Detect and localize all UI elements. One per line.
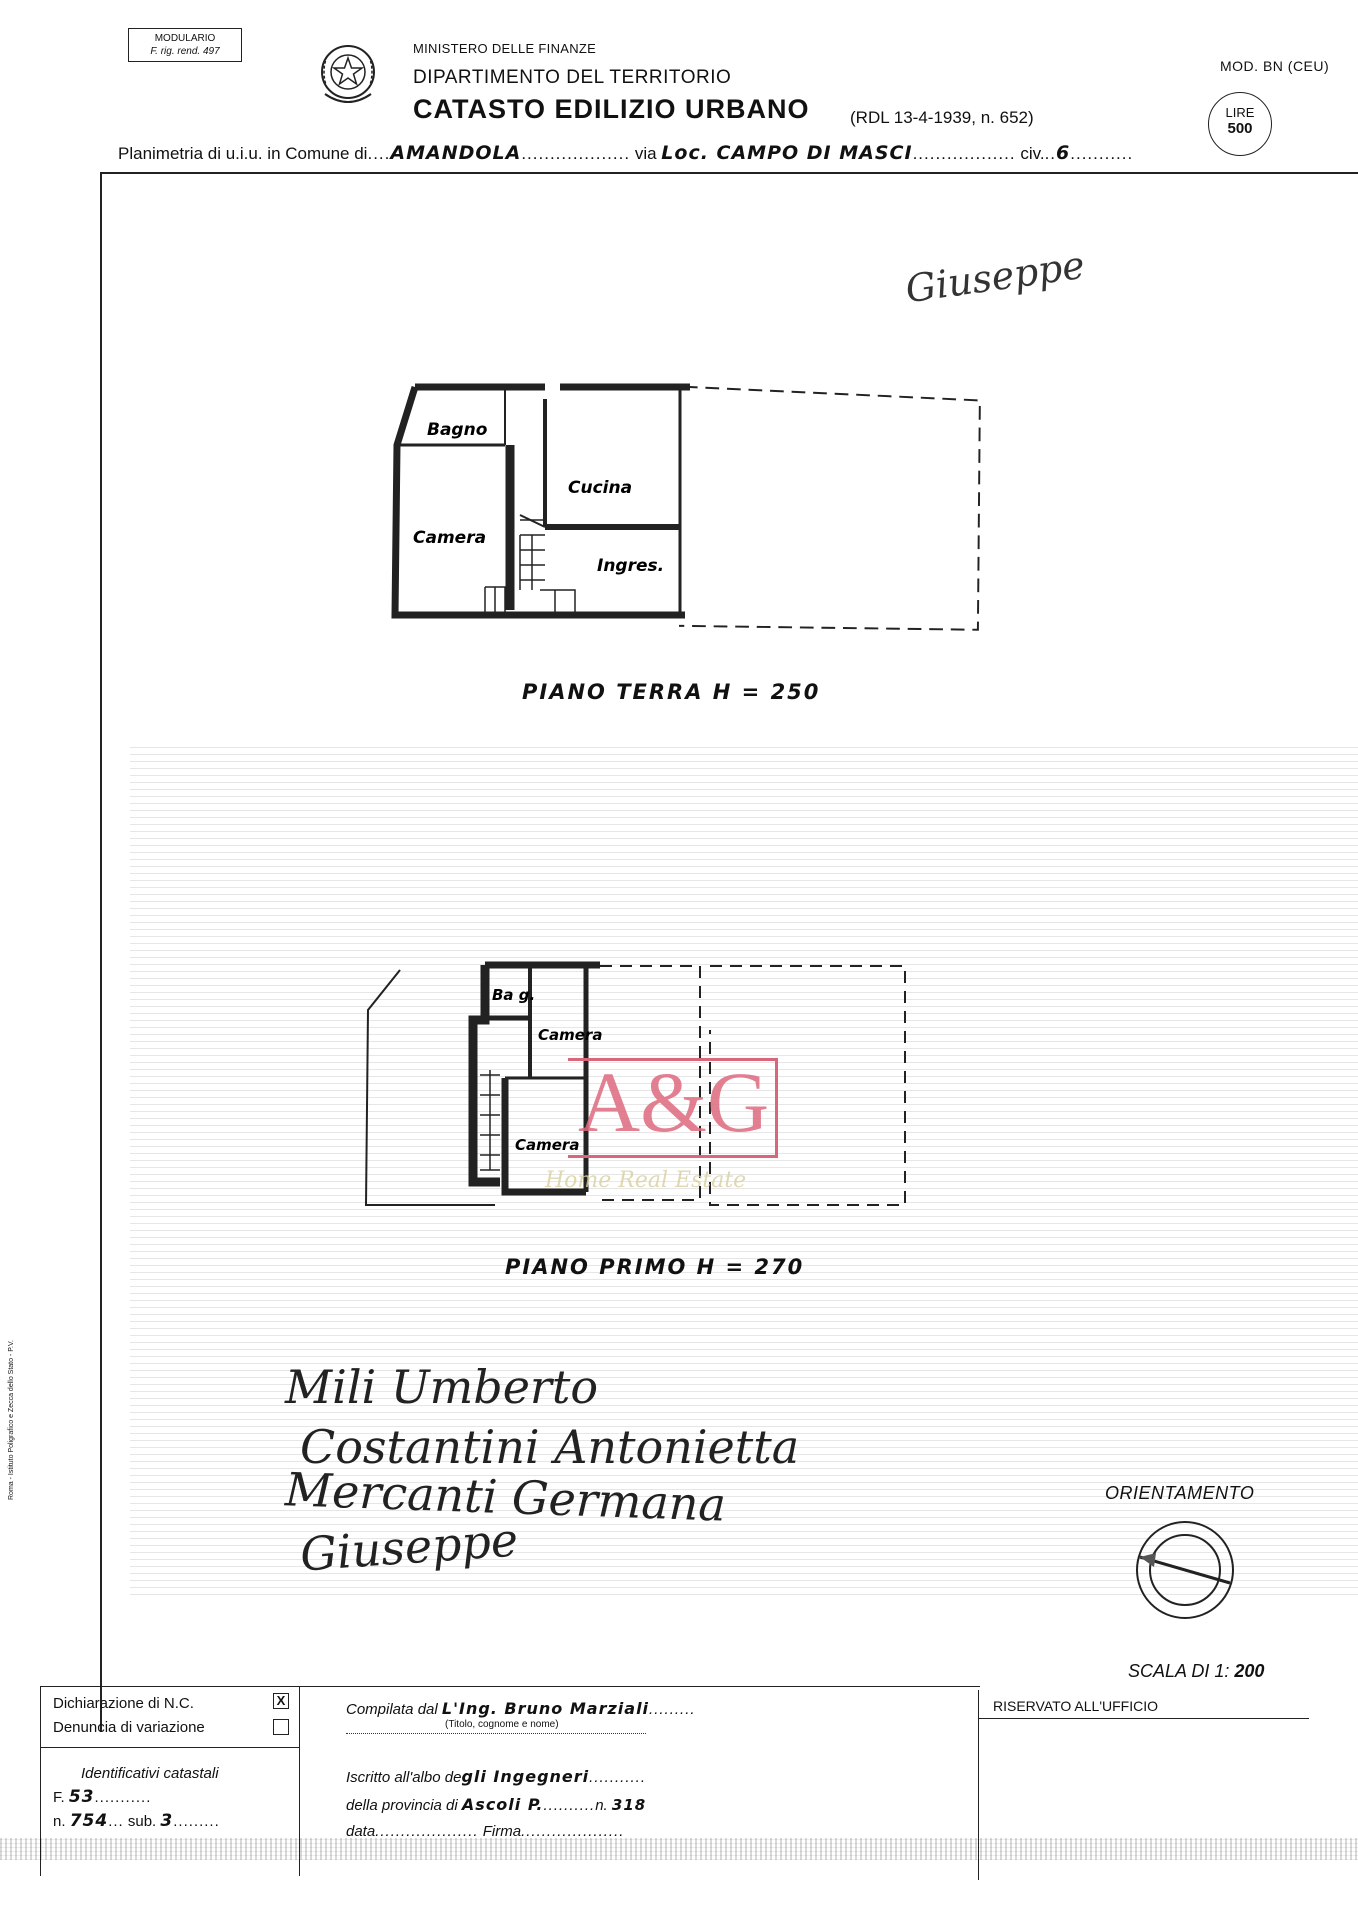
sub-value: 3	[160, 1811, 173, 1831]
declaration-nc-checkbox[interactable]: X	[273, 1693, 289, 1709]
model-code: MOD. BN (CEU)	[1220, 58, 1329, 74]
first-floor-label: PIANO PRIMO H = 270	[505, 1255, 804, 1279]
registered-label: Iscritto all'albo de	[346, 1769, 461, 1786]
reserved-label: RISERVATO ALL'UFFICIO	[993, 1698, 1158, 1714]
document-title: CATASTO EDILIZIO URBANO	[413, 94, 810, 125]
room-bagno-small: Ba g.	[492, 986, 535, 1004]
ground-floor-label: PIANO TERRA H = 250	[522, 680, 820, 704]
modulario-ref: F. rig. rend. 497	[129, 45, 241, 58]
foglio-field: F. 53...........	[53, 1787, 151, 1807]
numero-field: n. 754... sub. 3.........	[53, 1811, 220, 1831]
province-label: della provincia di	[346, 1797, 458, 1814]
stamp-value: 500	[1227, 120, 1252, 137]
civ-value: 6	[1056, 142, 1070, 164]
via-value: Loc. CAMPO DI MASCI	[661, 142, 912, 164]
room-camera-1: Camera	[538, 1026, 602, 1044]
modulario-box: MODULARIO F. rig. rend. 497	[128, 28, 242, 62]
department-name: DIPARTIMENTO DEL TERRITORIO	[413, 67, 731, 89]
ministry-name: MINISTERO DELLE FINANZE	[413, 41, 596, 56]
numero-value: 754	[70, 1811, 109, 1831]
room-bagno: Bagno	[427, 420, 488, 440]
province-number: 318	[612, 1796, 646, 1814]
compiled-label: Compilata dal	[346, 1701, 438, 1718]
ground-floor-plan: Bagno Cucina Camera Ingres.	[385, 375, 985, 635]
compiled-value: L'Ing. Bruno Marziali	[442, 1699, 649, 1718]
watermark-subtitle: Home Real Estate	[545, 1168, 746, 1193]
comune-value: AMANDOLA	[390, 142, 521, 164]
civ-label: civ.	[1020, 144, 1044, 163]
handwritten-name-1: Mili Umberto	[285, 1360, 598, 1414]
room-camera: Camera	[413, 528, 486, 548]
room-ingresso: Ingres.	[597, 556, 664, 576]
tax-stamp: LIRE 500	[1208, 92, 1272, 156]
planimetry-line: Planimetria di u.i.u. in Comune di....AM…	[118, 142, 1133, 164]
province-value: Ascoli P.	[462, 1795, 544, 1814]
watermark-logo: A&G	[578, 1052, 769, 1152]
registered-value: gli Ingegneri	[461, 1767, 589, 1786]
printer-note: Roma - Istituto Poligrafico e Zecca dell…	[8, 1340, 15, 1500]
law-reference: (RDL 13-4-1939, n. 652)	[850, 108, 1034, 128]
scale-value: 200	[1234, 1661, 1264, 1681]
foglio-value: 53	[69, 1787, 95, 1807]
compass-icon	[1130, 1515, 1240, 1625]
compiled-hint: (Titolo, cognome e nome)	[445, 1719, 559, 1730]
orientation-label: ORIENTAMENTO	[1105, 1483, 1254, 1504]
identifiers-title: Identificativi catastali	[81, 1765, 219, 1782]
variation-checkbox[interactable]	[273, 1719, 289, 1735]
republic-emblem-icon	[315, 36, 381, 116]
declaration-nc-label: Dichiarazione di N.C.	[53, 1695, 194, 1712]
variation-label: Denuncia di variazione	[53, 1719, 205, 1736]
scan-noise-band	[0, 1838, 1358, 1860]
room-cucina: Cucina	[568, 478, 632, 498]
scale-label: SCALA DI 1: 200	[1128, 1661, 1264, 1682]
via-label: via	[635, 144, 657, 163]
stamp-label: LIRE	[1209, 105, 1271, 121]
modulario-label: MODULARIO	[129, 32, 241, 45]
planimetry-prefix: Planimetria di u.i.u. in Comune di	[118, 144, 367, 163]
